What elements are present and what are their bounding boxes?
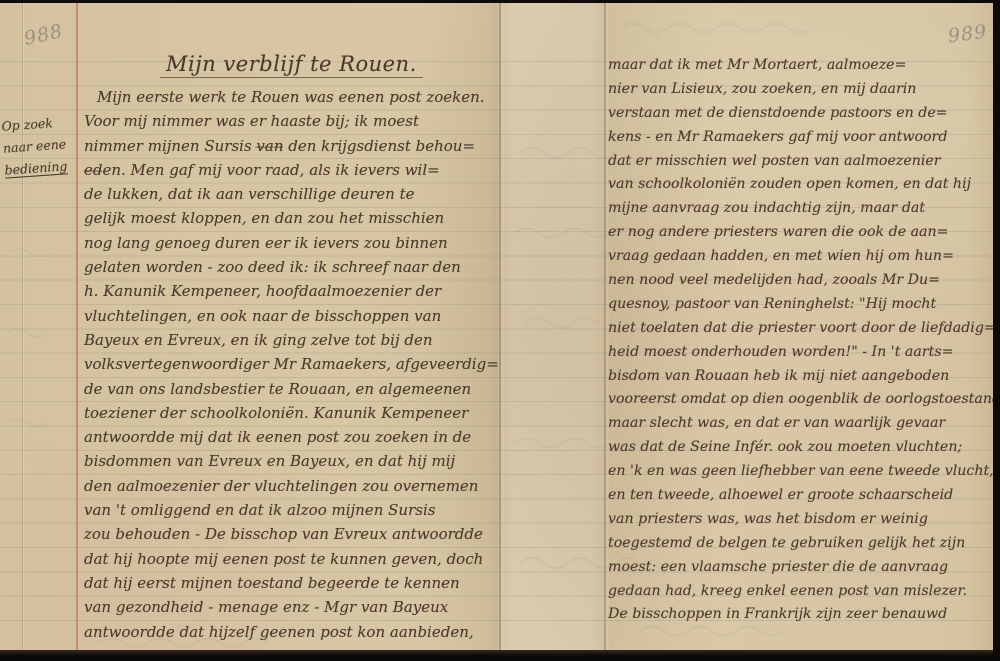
handwritten-line: van gezondheid - menage enz - Mgr van Ba… <box>84 596 516 620</box>
handwritten-line: vraag gedaan hadden, en met wien hij om … <box>608 245 994 269</box>
handwritten-line: was dat de Seine Infér. ook zou moeten v… <box>608 436 994 460</box>
handwritten-line: vooreerst omdat op dien oogenblik de oor… <box>608 388 994 412</box>
handwritten-line: dat hij eerst mijnen toestand begeerde t… <box>84 572 516 596</box>
red-margin-line <box>76 3 78 650</box>
handwritten-line: dat er misschien wel posten van aalmoeze… <box>608 150 994 174</box>
handwritten-line: antwoordde dat hijzelf geenen post kon a… <box>84 621 516 645</box>
handwritten-line: antwoordde mij dat ik eenen post zou zoe… <box>84 426 516 450</box>
handwritten-line: nimmer mijnen Sursis v̶a̶n̶ den krijgsdi… <box>84 135 516 159</box>
handwritten-line: de van ons landsbestier te Rouaan, en al… <box>84 378 516 402</box>
scan-edge-top <box>0 0 1000 3</box>
handwritten-line: gedaan had, kreeg enkel eenen post van m… <box>608 580 994 604</box>
handwritten-line: gelaten worden - zoo deed ik: ik schreef… <box>84 256 516 280</box>
handwritten-line: heid moest onderhouden worden!" - In 't … <box>608 341 994 365</box>
handwritten-line: volksvertegenwoordiger Mr Ramaekers, afg… <box>84 353 516 377</box>
handwritten-line: toeziener der schoolkoloniën. Kanunik Ke… <box>84 402 516 426</box>
handwritten-line: toegestemd de belgen te gebruiken gelijk… <box>608 532 994 556</box>
notebook-paper: 988 989 Op zoeknaar eenebediening Mijn v… <box>0 3 994 650</box>
page-number-left: 988 <box>22 20 65 50</box>
manuscript-scan-spread: 988 989 Op zoeknaar eenebediening Mijn v… <box>0 0 1000 661</box>
handwritten-line: er nog andere priesters waren die ook de… <box>608 221 994 245</box>
handwritten-line: nier van Lisieux, zou zoeken, en mij daa… <box>608 78 994 102</box>
handwritten-line: h. Kanunik Kempeneer, hoofdaalmoezenier … <box>84 280 516 304</box>
handwritten-line: kens - en Mr Ramaekers gaf mij voor antw… <box>608 126 994 150</box>
handwritten-line: niet toelaten dat die priester voort doo… <box>608 317 994 341</box>
handwritten-line: quesnoy, pastoor van Reninghelst: "Hij m… <box>608 293 994 317</box>
handwritten-line: van priesters was, was het bisdom er wei… <box>608 508 994 532</box>
handwritten-line: bisdom van Rouaan heb ik mij niet aangeb… <box>608 365 994 389</box>
page-number-right: 989 <box>947 21 989 48</box>
handwritten-line: maar slecht was, en dat er van waarlijk … <box>608 412 994 436</box>
handwritten-line: mijne aanvraag zou indachtig zijn, maar … <box>608 197 994 221</box>
handwritten-line: e̶d̶en. Men gaf mij voor raad, als ik ie… <box>84 159 516 183</box>
handwritten-line: gelijk moest kloppen, en dan zou het mis… <box>84 207 516 231</box>
right-page-text-block: maar dat ik met Mr Mortaert, aalmoeze=ni… <box>608 54 994 627</box>
entry-title-text: Mijn verblijf te Rouen. <box>160 52 423 78</box>
handwritten-line: van 't omliggend en dat ik alzoo mijnen … <box>84 499 516 523</box>
handwritten-line: en ten tweede, alhoewel er groote schaar… <box>608 484 994 508</box>
handwritten-line: vluchtelingen, en ook naar de bisschoppe… <box>84 305 516 329</box>
handwritten-line: Bayeux en Evreux, en ik ging zelve tot b… <box>84 329 516 353</box>
margin-annotation: Op zoeknaar eenebediening <box>1 110 83 181</box>
handwritten-line: zou behouden - De bisschop van Evreux an… <box>84 523 516 547</box>
handwritten-line: en 'k en was geen liefhebber van eene tw… <box>608 460 994 484</box>
handwritten-line: Mijn eerste werk te Rouen was eenen post… <box>84 86 516 110</box>
handwritten-line: De bisschoppen in Frankrijk zijn zeer be… <box>608 603 994 627</box>
handwritten-line: bisdommen van Evreux en Bayeux, en dat h… <box>84 450 516 474</box>
handwritten-line: verstaan met de dienstdoende pastoors en… <box>608 102 994 126</box>
scan-edge-bottom <box>0 650 1000 661</box>
handwritten-line: Voor mij nimmer was er haaste bij; ik mo… <box>84 110 516 134</box>
handwritten-line: nen nood veel medelijden had, zooals Mr … <box>608 269 994 293</box>
entry-title: Mijn verblijf te Rouen. <box>160 52 423 78</box>
left-page-fold-line <box>22 3 23 650</box>
gutter-right-page-edge <box>604 3 606 650</box>
handwritten-line: den aalmoezenier der vluchtelingen zou o… <box>84 475 516 499</box>
handwritten-line: van schoolkoloniën zouden open komen, en… <box>608 173 994 197</box>
handwritten-line: nog lang genoeg duren eer ik ievers zou … <box>84 232 516 256</box>
handwritten-line: moest: een vlaamsche priester die de aan… <box>608 556 994 580</box>
handwritten-line: dat hij hoopte mij eenen post te kunnen … <box>84 548 516 572</box>
scan-edge-right <box>993 0 1000 661</box>
left-page-text-block: Mijn eerste werk te Rouen was eenen post… <box>84 86 516 645</box>
handwritten-line: de lukken, dat ik aan verschillige deure… <box>84 183 516 207</box>
handwritten-line: maar dat ik met Mr Mortaert, aalmoeze= <box>608 54 994 78</box>
